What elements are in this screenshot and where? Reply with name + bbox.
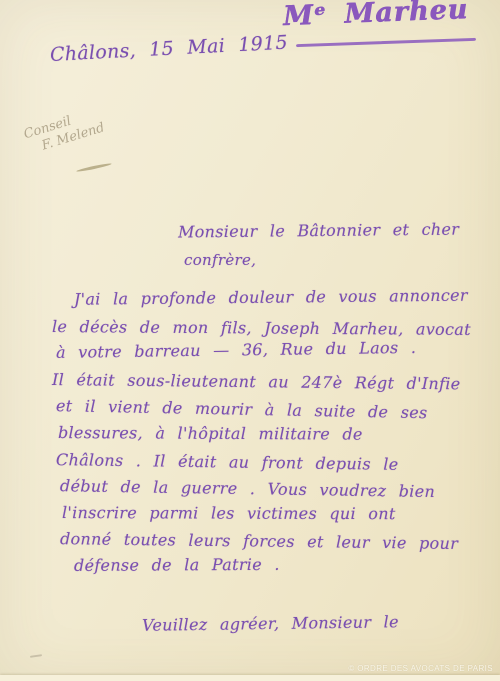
copyright-watermark: © ORDRE DES AVOCATS DE PARIS: [348, 664, 493, 673]
letter-body: J'ai la profonde douleur de vous annonce…: [50, 287, 486, 580]
letter-scan: Mᵉ Marheu Châlons, 15 Mai 1915 Conseil F…: [0, 0, 500, 681]
salutation-line1: Monsieur le Bâtonnier et cher: [178, 220, 459, 242]
body-line: blessures, à l'hôpital militaire de: [50, 420, 486, 449]
paper-bottom-edge: [0, 675, 500, 681]
closing-line: Veuillez agréer, Monsieur le: [142, 612, 399, 635]
salutation-line2: confrère,: [184, 251, 256, 269]
body-line: à votre barreau — 36, Rue du Laos .: [50, 334, 486, 367]
body-line: J'ai la profonde douleur de vous annonce…: [50, 282, 486, 313]
body-line: l'inscrire parmi les victimes qui ont: [50, 500, 486, 528]
body-line: défense de la Patrie .: [50, 551, 486, 580]
